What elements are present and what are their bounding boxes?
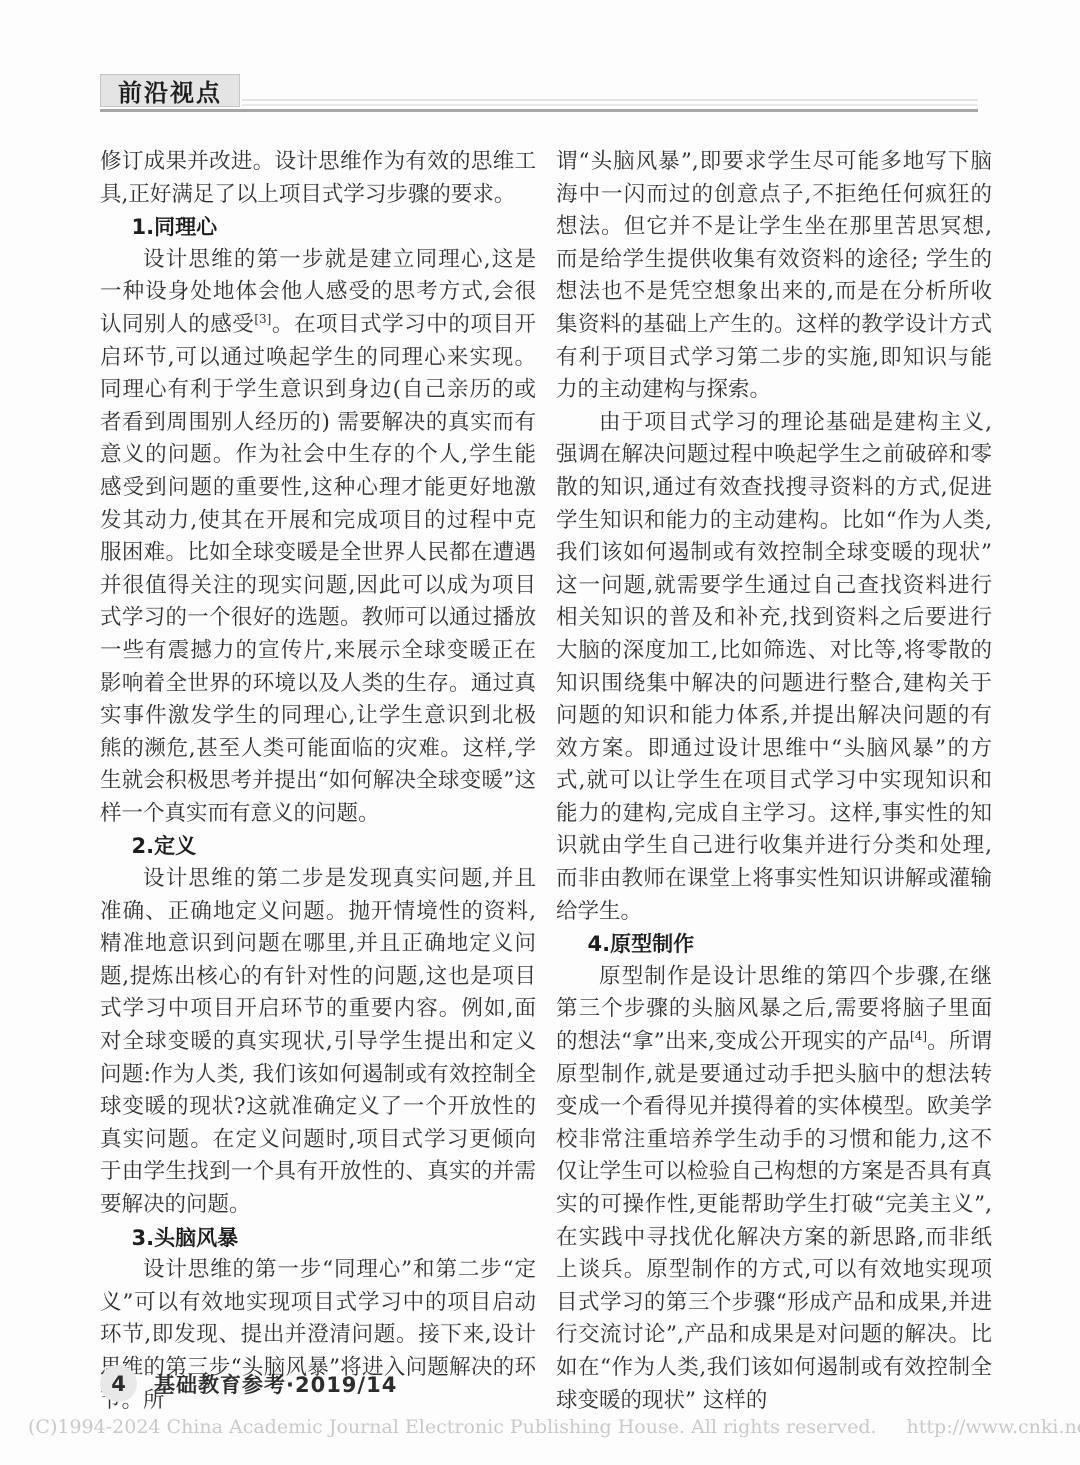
journal-title: 基础教育参考·2019/14 bbox=[154, 1369, 397, 1399]
article-paragraph: 修订成果并改进。设计思维作为有效的思维工具,正好满足了以上项目式学习步骤的要求。 bbox=[100, 146, 536, 211]
copyright-text: (C)1994-2024 China Academic Journal Elec… bbox=[28, 1416, 877, 1438]
copyright-url: http://www.cnki.net bbox=[907, 1416, 1080, 1438]
article-paragraph: 设计思维的第一步就是建立同理心,这是一种设身处地体会他人感受的思考方式,会很认同… bbox=[100, 244, 536, 831]
copyright-line: (C)1994-2024 China Academic Journal Elec… bbox=[28, 1416, 1058, 1438]
footnote-ref: [3] bbox=[254, 312, 271, 326]
column-right: 谓“头脑风暴”,即要求学生尽可能多地写下脑海中一闪而过的创意点子,不拒绝任何疯狂… bbox=[556, 146, 992, 1417]
document-page: 前沿视点 修订成果并改进。设计思维作为有效的思维工具,正好满足了以上项目式学习步… bbox=[0, 0, 1080, 1465]
article-body: 修订成果并改进。设计思维作为有效的思维工具,正好满足了以上项目式学习步骤的要求。… bbox=[100, 146, 992, 1417]
column-left: 修订成果并改进。设计思维作为有效的思维工具,正好满足了以上项目式学习步骤的要求。… bbox=[100, 146, 536, 1417]
header-rule-main bbox=[100, 109, 978, 112]
section-heading: 3.头脑风暴 bbox=[132, 1222, 537, 1255]
footnote-ref: [4] bbox=[910, 1029, 927, 1043]
article-paragraph: 由于项目式学习的理论基础是建构主义,强调在解决问题过程中唤起学生之前破碎和零散的… bbox=[556, 407, 992, 929]
section-heading: 4.原型制作 bbox=[588, 928, 993, 961]
header-rule-thin-bottom bbox=[242, 104, 978, 106]
header-rule-thin-top bbox=[242, 99, 978, 101]
article-paragraph: 原型制作是设计思维的第四个步骤,在继第三个步骤的头脑风暴之后,需要将脑子里面的想… bbox=[556, 961, 992, 1417]
article-paragraph: 谓“头脑风暴”,即要求学生尽可能多地写下脑海中一闪而过的创意点子,不拒绝任何疯狂… bbox=[556, 146, 992, 407]
section-tab: 前沿视点 bbox=[100, 74, 240, 107]
page-number-badge: 4 bbox=[100, 1365, 137, 1402]
section-heading: 1.同理心 bbox=[132, 211, 537, 244]
page-footer: 4 基础教育参考·2019/14 bbox=[100, 1365, 397, 1402]
section-tab-label: 前沿视点 bbox=[118, 73, 222, 108]
article-paragraph: 设计思维的第二步是发现真实问题,并且准确、正确地定义问题。抛开情境性的资料,精准… bbox=[100, 863, 536, 1222]
section-heading: 2.定义 bbox=[132, 830, 537, 863]
